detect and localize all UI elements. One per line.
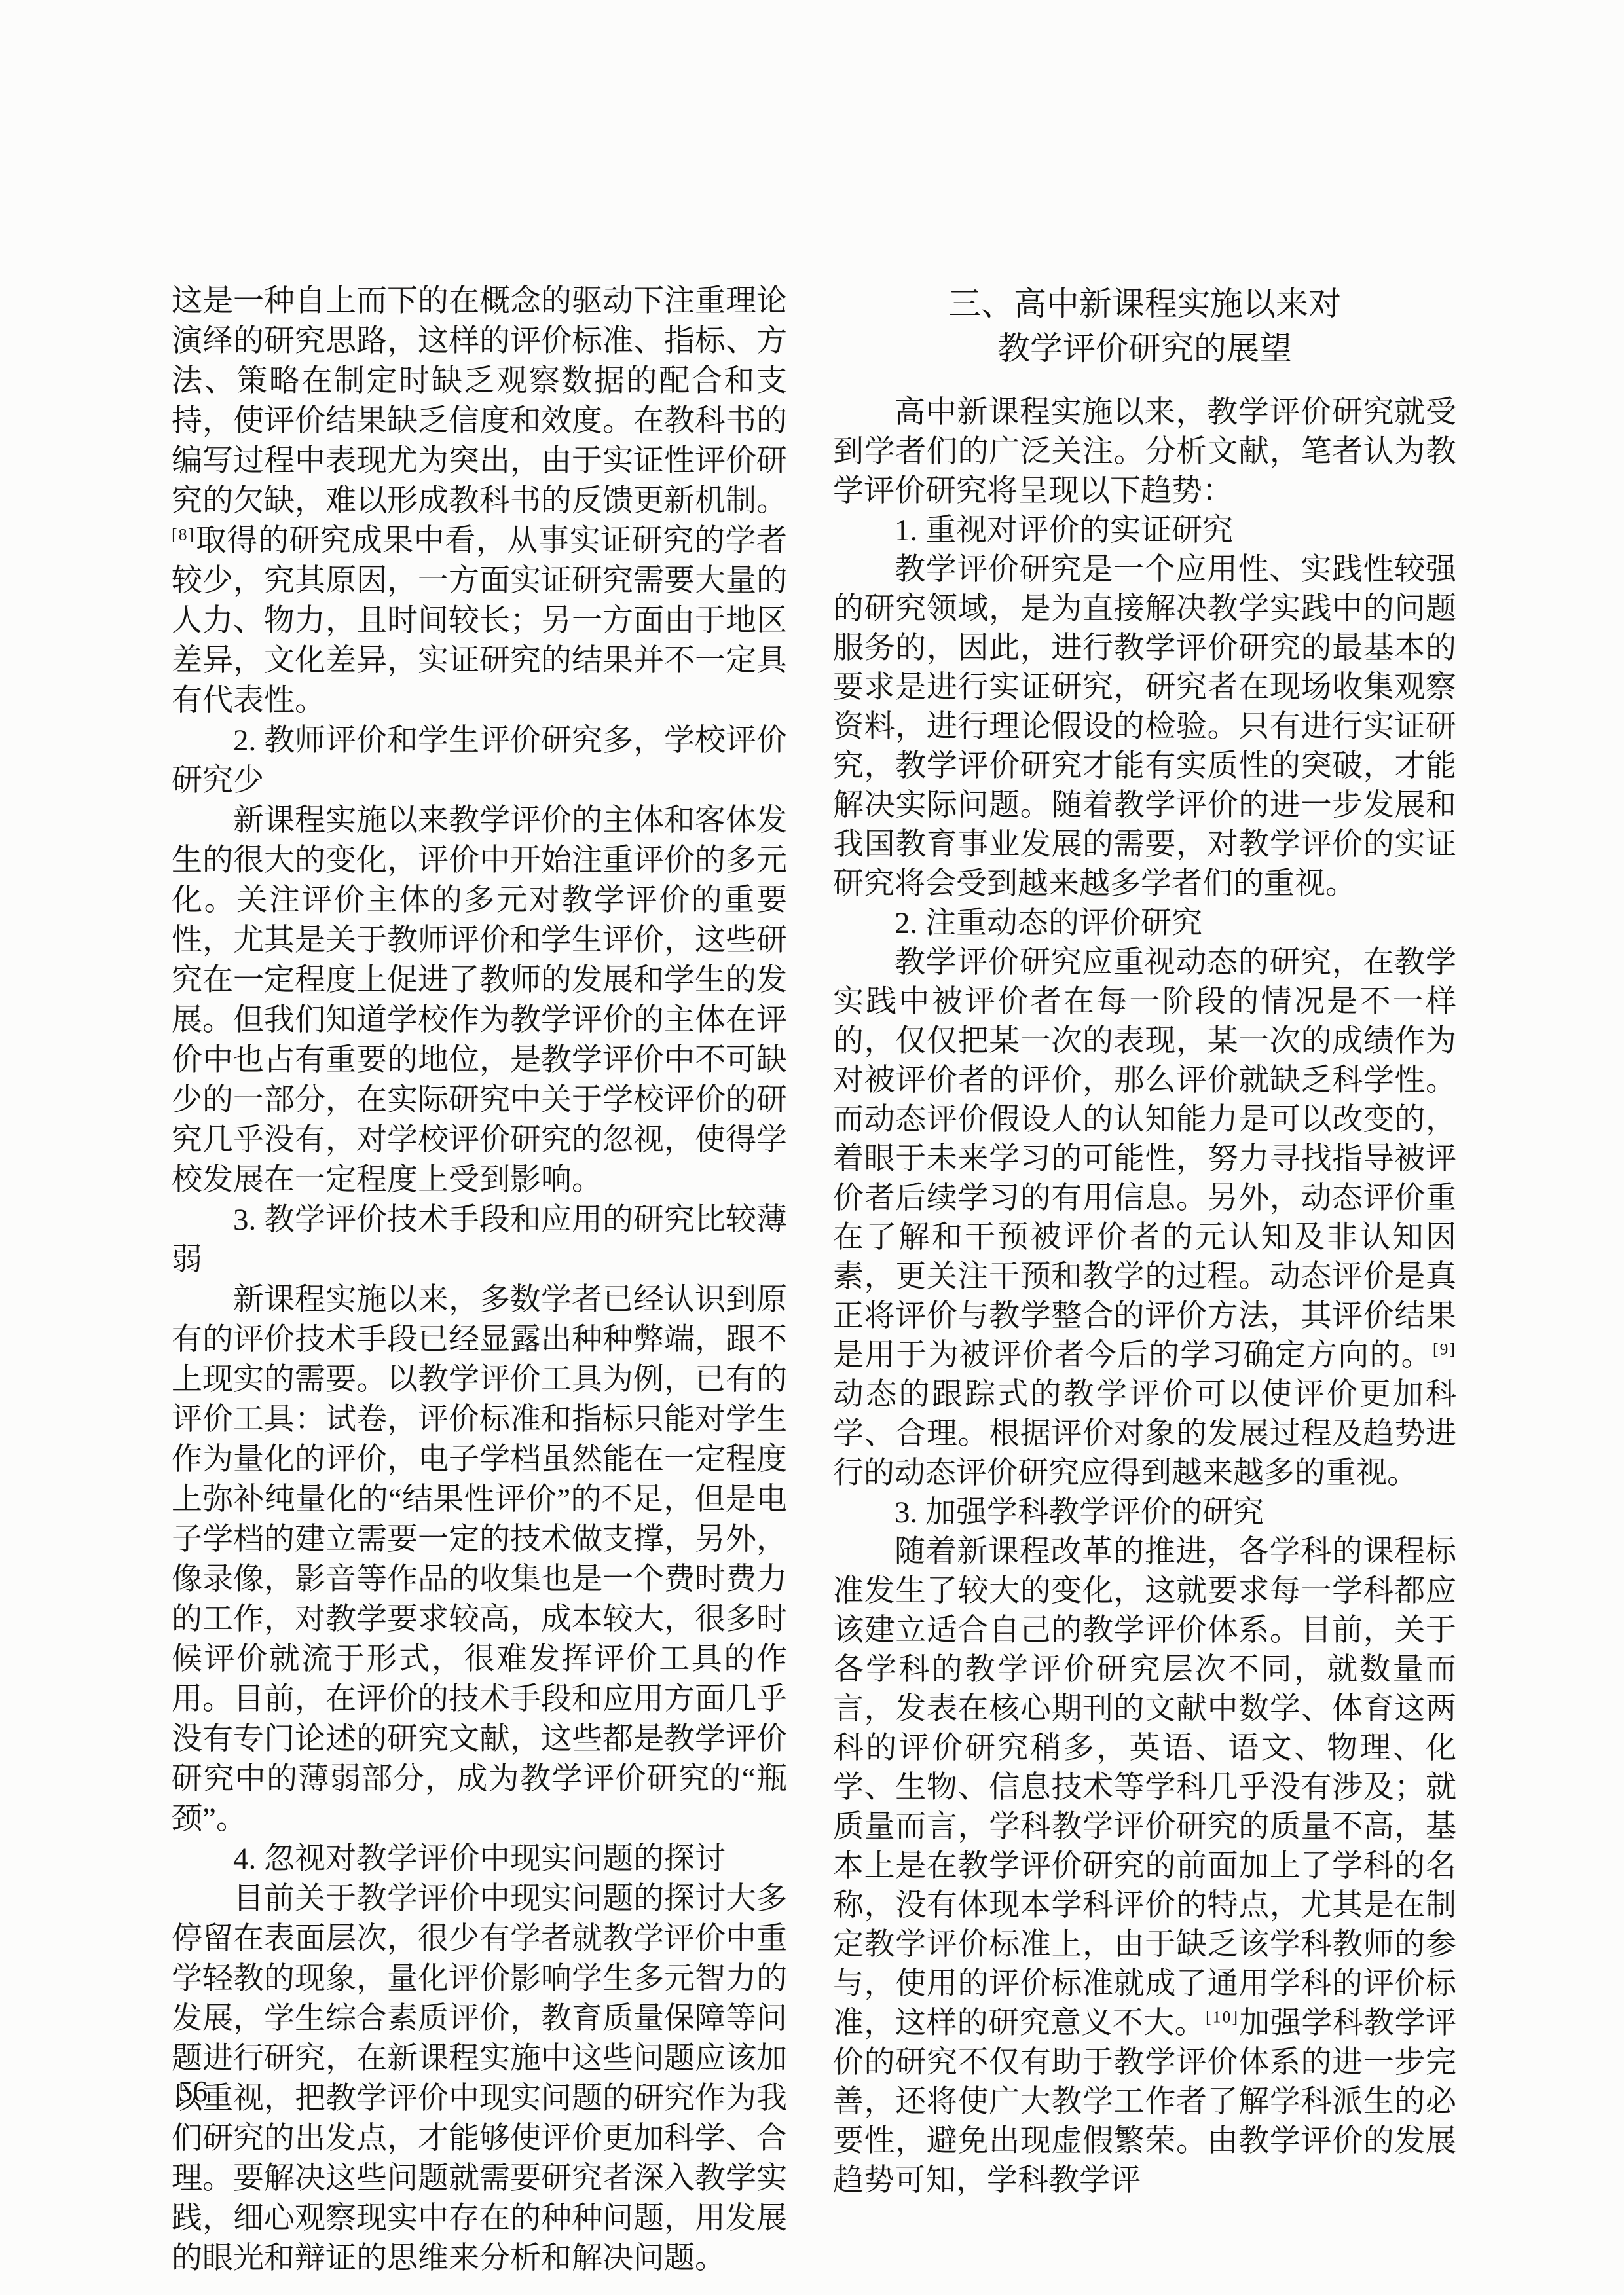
right-column: 三、高中新课程实施以来对 教学评价研究的展望 高中新课程实施以来，教学评价研究就… <box>833 282 1456 2200</box>
paragraph: 随着新课程改革的推进，各学科的课程标准发生了较大的变化，这就要求每一学科都应该建… <box>833 1532 1456 2200</box>
paragraph: 新课程实施以来教学评价的主体和客体发生的很大的变化，评价中开始注重评价的多元化。… <box>172 801 787 1200</box>
section-heading-line-1: 三、高中新课程实施以来对 <box>833 282 1456 326</box>
right-column-paragraphs: 高中新课程实施以来，教学评价研究就受到学者们的广泛关注。分析文献，笔者认为教学评… <box>833 393 1456 2200</box>
paper-page: 这是一种自上而下的在概念的驱动下注重理论演绎的研究思路，这样的评价标准、指标、方… <box>0 0 1624 2295</box>
page-number: 56 <box>178 2074 208 2108</box>
paragraph: 新课程实施以来，多数学者已经认识到原有的评价技术手段已经显露出种种弊端，跟不上现… <box>172 1280 787 1839</box>
citation-ref-marker: [9] <box>1433 1339 1456 1358</box>
section-heading: 三、高中新课程实施以来对 教学评价研究的展望 <box>833 282 1456 371</box>
numbered-subheading: 3. 加强学科教学评价的研究 <box>833 1493 1456 1532</box>
citation-ref-marker: [8] <box>172 524 195 543</box>
left-column-paragraphs: 这是一种自上而下的在概念的驱动下注重理论演绎的研究思路，这样的评价标准、指标、方… <box>172 282 787 2279</box>
paragraph: 教学评价研究应重视动态的研究，在教学实践中被评价者在每一阶段的情况是不一样的，仅… <box>833 943 1456 1493</box>
numbered-subheading: 2. 注重动态的评价研究 <box>833 904 1456 943</box>
paragraph: 这是一种自上而下的在概念的驱动下注重理论演绎的研究思路，这样的评价标准、指标、方… <box>172 282 787 721</box>
paragraph: 高中新课程实施以来，教学评价研究就受到学者们的广泛关注。分析文献，笔者认为教学评… <box>833 393 1456 511</box>
paragraph: 教学评价研究是一个应用性、实践性较强的研究领域，是为直接解决教学实践中的问题服务… <box>833 550 1456 904</box>
paragraph: 目前关于教学评价中现实问题的探讨大多停留在表面层次，很少有学者就教学评价中重学轻… <box>172 1879 787 2279</box>
left-column: 这是一种自上而下的在概念的驱动下注重理论演绎的研究思路，这样的评价标准、指标、方… <box>172 282 787 2279</box>
numbered-subheading: 2. 教师评价和学生评价研究多，学校评价研究少 <box>172 721 787 801</box>
section-heading-line-2: 教学评价研究的展望 <box>833 326 1456 371</box>
numbered-subheading: 1. 重视对评价的实证研究 <box>833 511 1456 550</box>
citation-ref-marker: [10] <box>1206 2007 1239 2026</box>
numbered-subheading: 3. 教学评价技术手段和应用的研究比较薄弱 <box>172 1200 787 1280</box>
numbered-subheading: 4. 忽视对教学评价中现实问题的探讨 <box>172 1839 787 1879</box>
